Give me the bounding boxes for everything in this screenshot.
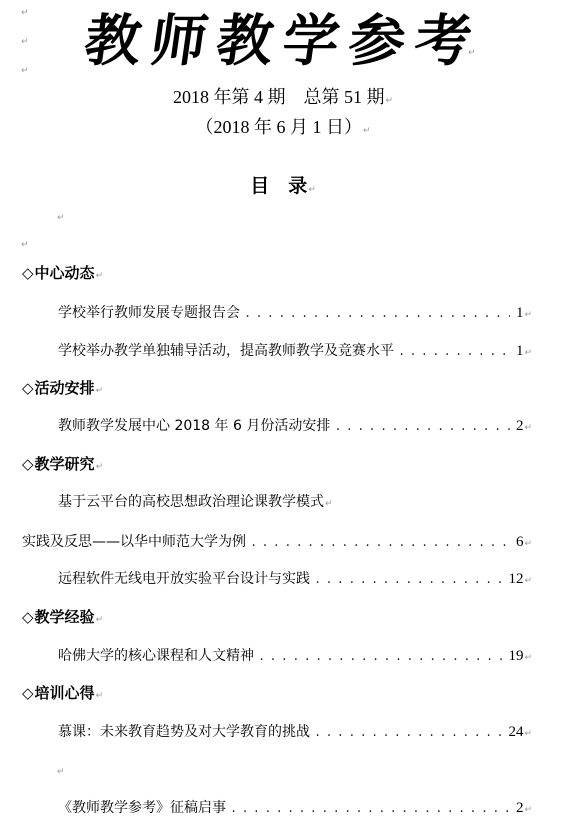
diamond-icon: ◇: [22, 684, 34, 702]
paragraph-mark: ↵: [96, 691, 104, 701]
toc-entry-line1[interactable]: 基于云平台的高校思想政治理论课教学模式↵: [58, 492, 532, 514]
page-number: 2: [516, 416, 524, 436]
entry-title[interactable]: 学校举办教学单独辅导活动，提高教师教学及竞赛水平: [58, 341, 394, 361]
toc-heading: 目 录↵: [0, 174, 566, 202]
dot-leader: ........................................…: [244, 304, 510, 324]
publication-title-text: 教师教学参考: [80, 8, 485, 74]
page-number: 6: [516, 532, 524, 552]
paragraph-mark: ↵: [524, 571, 532, 591]
date-line: （2018 年 6 月 1 日）↵: [0, 116, 566, 142]
paragraph-mark: ↵: [524, 534, 532, 554]
issue-line: 2018 年第 4 期 总第 51 期↵: [0, 86, 566, 112]
entry-title[interactable]: 哈佛大学的核心课程和人文精神: [58, 646, 254, 666]
page-number: 2: [516, 798, 524, 818]
diamond-icon: ◇: [22, 379, 34, 397]
dot-leader: ........................................…: [398, 342, 510, 362]
paragraph-mark: ↵: [524, 418, 532, 438]
page-number: 1: [516, 303, 524, 323]
toc-heading-text: 目 录: [250, 175, 307, 197]
entry-title[interactable]: 实践及反思——以华中师范大学为例: [22, 532, 246, 552]
paragraph-mark: ↵: [524, 343, 532, 363]
toc-entry[interactable]: 学校举办教学单独辅导活动，提高教师教学及竞赛水平 ...............…: [58, 341, 532, 363]
toc-entry[interactable]: 远程软件无线电开放实验平台设计与实践 .....................…: [58, 569, 532, 591]
paragraph-mark: ↵: [96, 462, 104, 472]
paragraph-mark: ↵: [57, 767, 65, 777]
toc-section-header: ◇中心动态↵: [22, 263, 103, 286]
toc-entry[interactable]: 实践及反思——以华中师范大学为例 .......................…: [22, 532, 532, 554]
diamond-icon: ◇: [22, 608, 34, 626]
toc-entry[interactable]: 哈佛大学的核心课程和人文精神 .........................…: [58, 646, 532, 668]
paragraph-mark: ↵: [96, 386, 104, 396]
paragraph-mark: ↵: [524, 305, 532, 325]
entry-title[interactable]: 基于云平台的高校思想政治理论课教学模式: [58, 492, 324, 512]
section-title: 培训心得: [35, 684, 95, 702]
paragraph-mark: ↵: [385, 96, 393, 106]
section-title: 活动安排: [35, 379, 95, 397]
paragraph-mark: ↵: [524, 648, 532, 668]
publication-date: （2018 年 6 月 1 日）: [195, 117, 362, 137]
paragraph-mark: ↵: [308, 185, 316, 195]
paragraph-mark: ↵: [57, 213, 65, 223]
entry-title[interactable]: 远程软件无线电开放实验平台设计与实践: [58, 569, 310, 589]
dot-leader: ........................................…: [230, 799, 510, 819]
toc-section-header: ◇培训心得↵: [22, 683, 103, 706]
page-number: 19: [508, 646, 523, 666]
dot-leader: ........................................…: [250, 533, 510, 553]
paragraph-mark: ↵: [524, 724, 532, 744]
paragraph-mark: ↵: [96, 615, 104, 625]
paragraph-mark: ↵: [21, 240, 29, 250]
entry-title[interactable]: 慕课：未来教育趋势及对大学教育的挑战: [58, 722, 310, 742]
issue-number: 2018 年第 4 期 总第 51 期: [173, 87, 385, 107]
paragraph-mark: ↵: [96, 271, 104, 281]
publication-title: 教师教学参考: [0, 6, 566, 76]
paragraph-mark: ↵: [524, 800, 532, 820]
toc-entry[interactable]: 教师教学发展中心 2018 年 6 月份活动安排 ...............…: [58, 416, 532, 438]
toc-section-header: ◇教学研究↵: [22, 454, 103, 477]
toc-entry[interactable]: 学校举行教师发展专题报告会 ..........................…: [58, 303, 532, 325]
paragraph-mark: ↵: [468, 48, 476, 58]
toc-section-header: ◇活动安排↵: [22, 378, 103, 401]
entry-title[interactable]: 学校举行教师发展专题报告会: [58, 303, 240, 323]
dot-leader: ........................................…: [258, 647, 502, 667]
entry-title[interactable]: 《教师教学参考》征稿启事: [58, 798, 226, 818]
entry-title[interactable]: 教师教学发展中心 2018 年 6 月份活动安排: [58, 416, 330, 436]
dot-leader: ........................................…: [334, 417, 510, 437]
paragraph-mark: ↵: [363, 126, 371, 136]
page-number: 1: [516, 341, 524, 361]
section-title: 中心动态: [35, 264, 95, 282]
toc-entry[interactable]: 慕课：未来教育趋势及对大学教育的挑战 .....................…: [58, 722, 532, 744]
toc-section-header: ◇教学经验↵: [22, 607, 103, 630]
paragraph-mark: ↵: [325, 494, 333, 514]
diamond-icon: ◇: [22, 455, 34, 473]
section-title: 教学研究: [35, 455, 95, 473]
section-title: 教学经验: [35, 608, 95, 626]
dot-leader: ........................................…: [314, 570, 502, 590]
toc-entry-call-for-papers[interactable]: 《教师教学参考》征稿启事 ...........................…: [58, 798, 532, 820]
page-number: 24: [508, 722, 523, 742]
page-number: 12: [508, 569, 523, 589]
diamond-icon: ◇: [22, 264, 34, 282]
dot-leader: ........................................…: [314, 723, 502, 743]
